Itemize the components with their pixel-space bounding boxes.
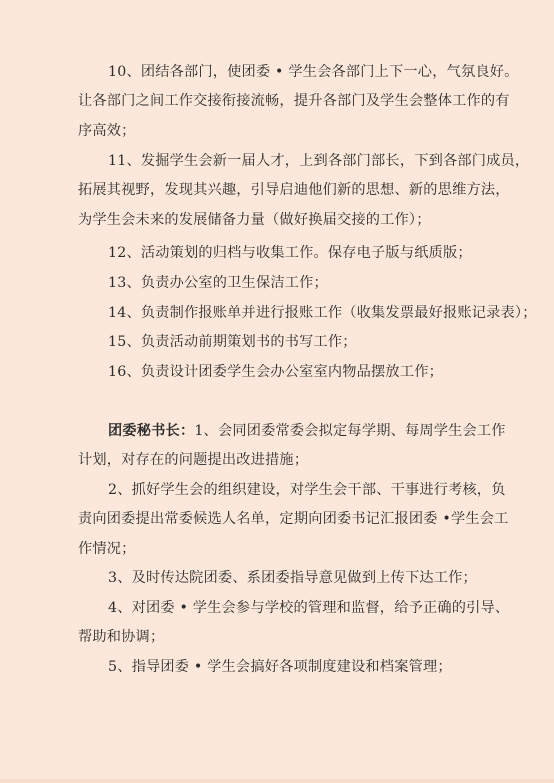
paragraph-12: 12、活动策划的归档与收集工作。保存电子版与纸质版； <box>108 244 472 262</box>
paragraph-16: 16、负责设计团委学生会办公室室内物品摆放工作； <box>108 363 443 381</box>
section-heading: 团委秘书长： <box>108 423 194 439</box>
paragraph-10-line-2: 让各部门之间工作交接衔接流畅，提升各部门及学生会整体工作的有 <box>78 92 510 110</box>
page-bottom-edge <box>0 779 554 783</box>
document-page: 10、团结各部门，使团委 • 学生会各部门上下一心，气氛良好。 让各部门之间工作… <box>0 0 554 783</box>
item-2-line-2: 责向团委提出常委候选人名单，定期向团委书记汇报团委 •学生会工 <box>78 510 509 528</box>
item-1-start: 1、会同团委常委会拟定每学期、每周学生会工作 <box>194 423 505 439</box>
item-5: 5、指导团委 • 学生会搞好各项制度建设和档案管理； <box>108 658 452 676</box>
item-4-line-2: 帮助和协调； <box>78 628 164 646</box>
item-3: 3、及时传达院团委、系团委指导意见做到上传下达工作； <box>108 569 477 587</box>
paragraph-15: 15、负责活动前期策划书的书写工作； <box>108 333 357 351</box>
paragraph-10-line-1: 10、团结各部门，使团委 • 学生会各部门上下一心，气氛良好。 <box>108 63 519 81</box>
item-1-line-2: 计划，对存在的问题提出改进措施； <box>78 451 308 469</box>
paragraph-14: 14、负责制作报账单并进行报账工作（收集发票最好报账记录表）； <box>108 304 537 322</box>
item-4-line-1: 4、对团委 • 学生会参与学校的管理和监督，给予正确的引导、 <box>108 599 509 617</box>
secretary-general-line-1: 团委秘书长：1、会同团委常委会拟定每学期、每周学生会工作 <box>108 422 506 440</box>
paragraph-11-line-3: 为学生会未来的发展储备力量（做好换届交接的工作）； <box>78 211 431 229</box>
paragraph-11-line-2: 拓展其视野，发现其兴趣，引导启迪他们新的思想、新的思维方法， <box>78 181 510 199</box>
paragraph-13: 13、负责办公室的卫生保洁工作； <box>108 274 328 292</box>
paragraph-10-line-3: 序高效； <box>78 122 136 140</box>
paragraph-11-line-1: 11、发掘学生会新一届人才，上到各部门部长，下到各部门成员， <box>108 152 529 170</box>
item-2-line-3: 作情况； <box>78 540 136 558</box>
item-2-line-1: 2、抓好学生会的组织建设，对学生会干部、干事进行考核，负 <box>108 481 506 499</box>
